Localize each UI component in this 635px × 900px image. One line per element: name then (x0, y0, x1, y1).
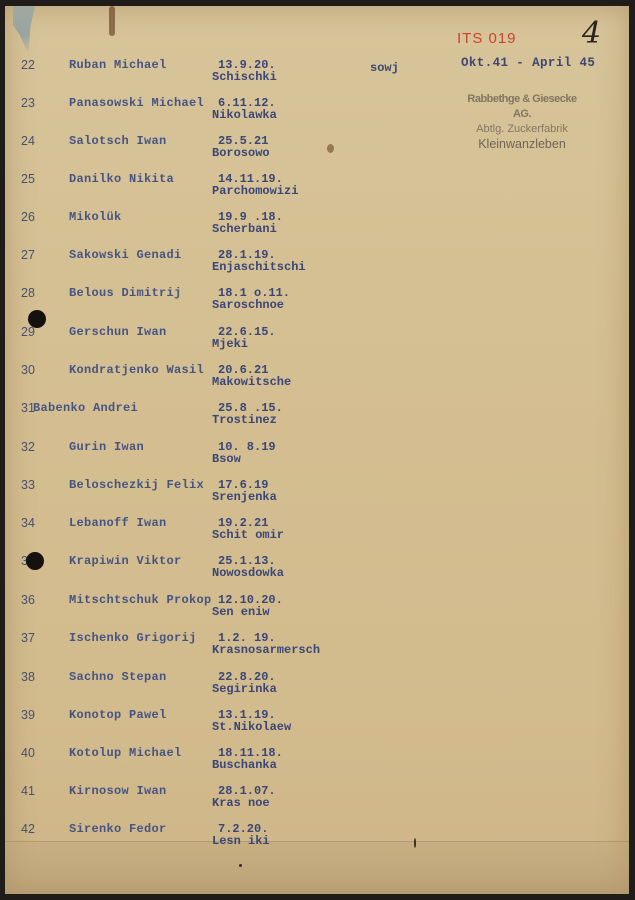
entry-number: 36 (21, 593, 35, 607)
speck (414, 838, 416, 848)
entry-number: 28 (21, 286, 35, 300)
entry-number: 39 (21, 708, 35, 722)
entry-name: Kirnosow Iwan (69, 784, 167, 798)
page-bottom-fold (5, 841, 629, 894)
stain-spot (327, 144, 334, 153)
stamp-line-department: Abtlg. Zuckerfabrik (463, 122, 581, 137)
entry-name: Sachno Stepan (69, 670, 167, 684)
entry-name: Sakowski Genadi (69, 248, 182, 262)
entry-birth-place: Srenjenka (212, 490, 277, 504)
entry-birth-place: Parchomowizi (212, 184, 298, 198)
entry-birth-place: Trostinez (212, 413, 277, 427)
entry-name: Konotop Pawel (69, 708, 167, 722)
entry-name: Ruban Michael (69, 58, 167, 72)
entry-birth-place: Makowitsche (212, 375, 291, 389)
entry-birth-place: Sen eniw (212, 605, 270, 619)
entry-name: Salotsch Iwan (69, 134, 167, 148)
entry-birth-place: Nowosdowka (212, 566, 284, 580)
entry-number: 34 (21, 516, 35, 530)
entry-number: 22 (21, 58, 35, 72)
entry-birth-place: Kras noe (212, 796, 270, 810)
entry-birth-place: Mjeki (212, 337, 248, 351)
stamp-line-location: Kleinwanzleben (463, 137, 581, 152)
entry-birth-place: Borosowo (212, 146, 270, 160)
entry-number: 37 (21, 631, 35, 645)
employment-period: Okt.41 - April 45 (461, 56, 595, 70)
entry-name: Krapiwin Viktor (69, 554, 182, 568)
entry-number: 23 (21, 96, 35, 110)
punch-hole (26, 552, 44, 570)
entry-birth-place: Scherbani (212, 222, 277, 236)
document-page: ITS 019 4 sowj Okt.41 - April 45 Rabbeth… (5, 6, 629, 894)
entry-name: Danilko Nikita (69, 172, 174, 186)
entry-birth-place: Krasnosarmersch (212, 643, 320, 657)
entry-birth-place: St.Nikolaew (212, 720, 291, 734)
entry-name: Panasowski Michael (69, 96, 204, 110)
entry-birth-place: Schit omir (212, 528, 284, 542)
entry-number: 33 (21, 478, 35, 492)
page-number: 4 (582, 16, 601, 51)
entry-name: Mikolük (69, 210, 122, 224)
entry-number: 41 (21, 784, 35, 798)
entry-number: 38 (21, 670, 35, 684)
stamp-line-company: Rabbethge & Giesecke AG. (463, 92, 581, 122)
nationality-label: sowj (370, 61, 399, 75)
entry-name: Sirenko Fedor (69, 822, 167, 836)
entry-name: Gerschun Iwan (69, 325, 167, 339)
entry-number: 32 (21, 440, 35, 454)
entry-name: Babenko Andrei (33, 401, 138, 415)
entry-name: Ischenko Grigorij (69, 631, 197, 645)
entry-name: Kotolup Michael (69, 746, 182, 760)
entry-number: 25 (21, 172, 35, 186)
speck (239, 864, 242, 867)
entry-number: 26 (21, 210, 35, 224)
archive-label: ITS 019 (457, 30, 517, 47)
punch-hole (28, 310, 46, 328)
company-stamp: Rabbethge & Giesecke AG. Abtlg. Zuckerfa… (463, 92, 581, 152)
entry-number: 24 (21, 134, 35, 148)
entry-number: 42 (21, 822, 35, 836)
entry-birth-place: Nikolawka (212, 108, 277, 122)
entry-birth-place: Bsow (212, 452, 241, 466)
entry-birth-place: Enjaschitschi (212, 260, 306, 274)
entry-name: Lebanoff Iwan (69, 516, 167, 530)
entry-name: Mitschtschuk Prokop (69, 593, 212, 607)
entry-name: Kondratjenko Wasil (69, 363, 204, 377)
entry-number: 30 (21, 363, 35, 377)
ink-stain (109, 6, 115, 36)
entry-name: Beloschezkij Felix (69, 478, 204, 492)
entry-name: Belous Dimitrij (69, 286, 182, 300)
entry-birth-place: Lesn iki (212, 834, 270, 848)
entry-birth-place: Segirinka (212, 682, 277, 696)
entry-number: 40 (21, 746, 35, 760)
entry-birth-place: Buschanka (212, 758, 277, 772)
entry-birth-place: Schischki (212, 70, 277, 84)
entry-name: Gurin Iwan (69, 440, 144, 454)
entry-birth-place: Saroschnoe (212, 298, 284, 312)
entry-number: 27 (21, 248, 35, 262)
torn-corner (13, 6, 35, 54)
